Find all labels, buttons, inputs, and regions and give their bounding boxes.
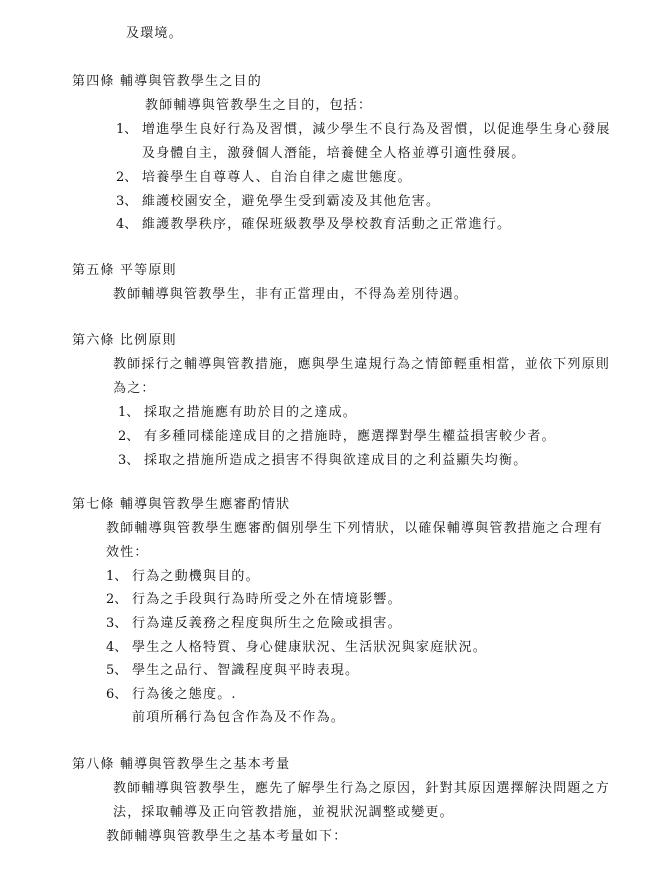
article-7-item-4: 4、學生之人格特質、身心健康狀況、生活狀況與家庭狀況。 [106,640,487,656]
article-8-intro-cont: 法，採取輔導及正向管教措施，並視狀況調整或變更。 [113,805,454,821]
article-7-item-3: 3、行為違反義務之程度與所生之危險或損害。 [106,616,402,632]
article-7-item-5: 5、學生之品行、智識程度與平時表現。 [106,663,359,679]
article-8-heading: 第八條 輔導與管教學生之基本考量 [72,757,290,773]
article-6-heading: 第六條 比例原則 [72,333,177,349]
article-7-intro: 教師輔導與管教學生應審酌個別學生下列情狀，以確保輔導與管教措施之合理有 [106,521,603,537]
article-5-intro: 教師輔導與管教學生，非有正當理由，不得為差別待遇。 [113,287,468,303]
article-6-item-3: 3、採取之措施所造成之損害不得與欲達成目的之利益顯失均衡。 [118,453,527,469]
article-8-intro: 教師輔導與管教學生，應先了解學生行為之原因，針對其原因選擇解決問題之方 [113,781,610,797]
article-4-heading: 第四條 輔導與管教學生之目的 [72,74,262,90]
article-8-footer: 教師輔導與管教學生之基本考量如下： [106,829,347,845]
article-4-item-3: 3、維護校園安全，避免學生受到霸凌及其他危害。 [116,194,440,210]
article-6-intro-cont: 為之： [113,381,156,397]
article-7-heading: 第七條 輔導與管教學生應審酌情狀 [72,497,290,513]
article-4-item-4: 4、維護教學秩序，確保班級教學及學校教育活動之正常進行。 [116,217,511,233]
article-4-item-1-cont: 及身體自主，激發個人潛能，培養健全人格並導引適性發展。 [142,146,525,162]
article-5-heading: 第五條 平等原則 [72,263,177,279]
article-7-item-1: 1、行為之動機與目的。 [106,569,260,585]
article-4-item-1: 1、增進學生良好行為及習慣，減少學生不良行為及習慣，以促進學生身心發展 [116,122,611,138]
article-7-note: 前項所稱行為包含作為及不作為。 [132,710,345,726]
article-4-item-2: 2、培養學生自尊尊人、自治自律之處世態度。 [116,170,412,186]
continuation-text: 及環境。 [126,26,183,42]
article-7-item-6: 6、行為後之態度。. [106,687,237,703]
article-4-intro: 教師輔導與管教學生之目的，包括： [145,98,372,114]
article-6-item-2: 2、有多種同樣能達成目的之措施時，應選擇對學生權益損害較少者。 [118,429,556,445]
article-6-item-1: 1、採取之措施應有助於目的之達成。 [118,405,357,421]
article-6-intro: 教師採行之輔導與管教措施，應與學生違規行為之情節輕重相當，並依下列原則 [113,357,610,373]
article-7-item-2: 2、行為之手段與行為時所受之外在情境影響。 [106,592,402,608]
article-7-intro-cont: 效性： [106,545,149,561]
